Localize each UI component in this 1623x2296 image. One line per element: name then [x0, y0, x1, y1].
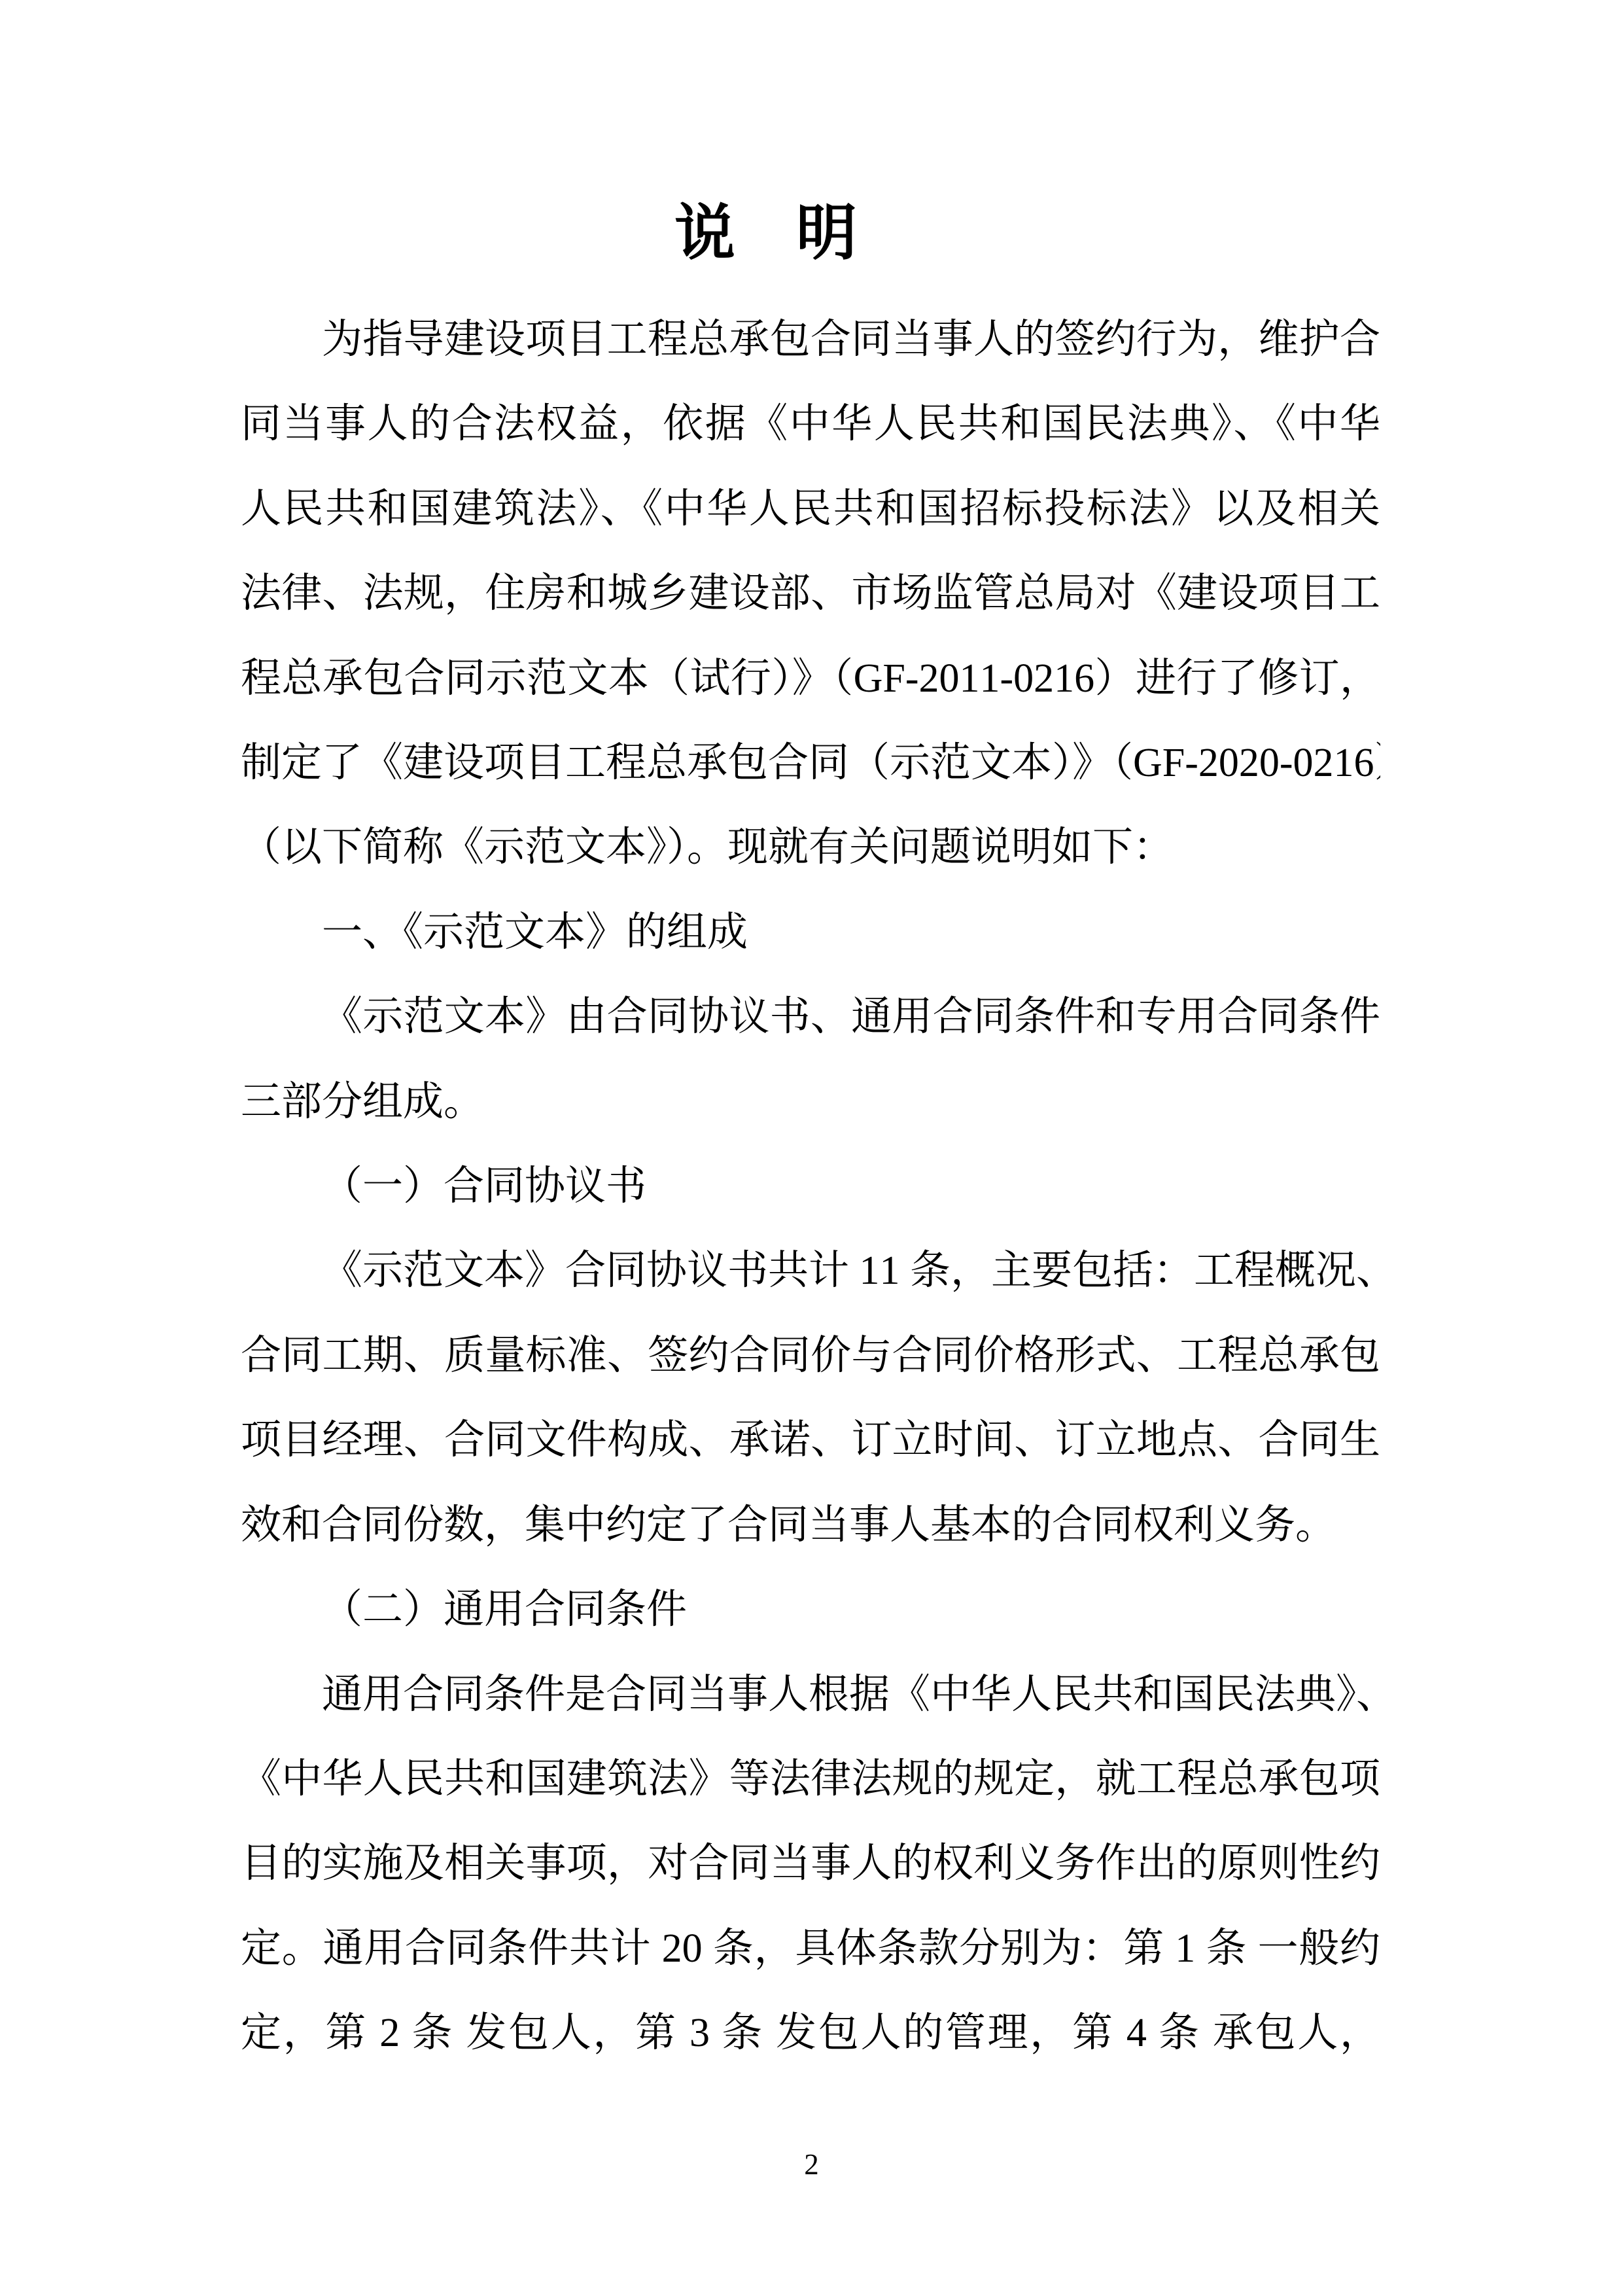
- text-line: 合同工期、质量标准、签约合同价与合同价格形式、工程总承包: [241, 1314, 1380, 1398]
- text-line: 通用合同条件是合同当事人根据《中华人民共和国民法典》、: [241, 1653, 1380, 1737]
- paragraph-general-conditions: 通用合同条件是合同当事人根据《中华人民共和国民法典》、 《中华人民共和国建筑法》…: [241, 1653, 1380, 2076]
- heading-line: 一、《示范文本》的组成: [241, 891, 1380, 975]
- text-line: 同当事人的合法权益，依据《中华人民共和国民法典》、《中华: [241, 382, 1380, 467]
- page-number: 2: [804, 2148, 819, 2181]
- text-line: 《示范文本》合同协议书共计 11 条，主要包括：工程概况、: [241, 1229, 1380, 1313]
- text-line: 制定了《建设项目工程总承包合同（示范文本）》（GF-2020-0216）: [241, 721, 1380, 805]
- text-line: 程总承包合同示范文本（试行）》（GF-2011-0216）进行了修订，: [241, 637, 1380, 721]
- paragraph-contract-agreement: 《示范文本》合同协议书共计 11 条，主要包括：工程概况、 合同工期、质量标准、…: [241, 1229, 1380, 1568]
- heading-general-conditions: （二）通用合同条件: [241, 1568, 1380, 1652]
- text-line: 目的实施及相关事项，对合同当事人的权利义务作出的原则性约: [241, 1822, 1380, 1906]
- text-line: 《中华人民共和国建筑法》等法律法规的规定，就工程总承包项: [241, 1737, 1380, 1822]
- text-line: 定，第 2 条 发包人，第 3 条 发包人的管理，第 4 条 承包人，: [241, 1991, 1380, 2075]
- heading-line: （二）通用合同条件: [241, 1568, 1380, 1652]
- text-line: 为指导建设项目工程总承包合同当事人的签约行为，维护合: [241, 298, 1380, 382]
- text-line: （以下简称《示范文本》）。现就有关问题说明如下：: [241, 805, 1380, 890]
- text-line: 法律、法规，住房和城乡建设部、市场监管总局对《建设项目工: [241, 552, 1380, 636]
- heading-composition: 一、《示范文本》的组成: [241, 891, 1380, 975]
- text-line: 人民共和国建筑法》、《中华人民共和国招标投标法》以及相关: [241, 467, 1380, 552]
- document-body: 为指导建设项目工程总承包合同当事人的签约行为，维护合 同当事人的合法权益，依据《…: [241, 298, 1380, 2076]
- text-line: 定。通用合同条件共计 20 条，具体条款分别为：第 1 条 一般约: [241, 1907, 1380, 1991]
- page-title: 说 明: [0, 192, 1623, 277]
- text-line: 项目经理、合同文件构成、承诺、订立时间、订立地点、合同生: [241, 1398, 1380, 1483]
- paragraph-composition: 《示范文本》由合同协议书、通用合同条件和专用合同条件 三部分组成。: [241, 975, 1380, 1144]
- heading-line: （一）合同协议书: [241, 1144, 1380, 1229]
- paragraph-intro: 为指导建设项目工程总承包合同当事人的签约行为，维护合 同当事人的合法权益，依据《…: [241, 298, 1380, 891]
- document-page: 说 明 为指导建设项目工程总承包合同当事人的签约行为，维护合 同当事人的合法权益…: [0, 0, 1623, 2296]
- page-footer: 2: [0, 2149, 1623, 2181]
- text-line: 《示范文本》由合同协议书、通用合同条件和专用合同条件: [241, 975, 1380, 1059]
- text-line: 效和合同份数，集中约定了合同当事人基本的合同权利义务。: [241, 1483, 1380, 1568]
- heading-contract-agreement: （一）合同协议书: [241, 1144, 1380, 1229]
- text-line: 三部分组成。: [241, 1060, 1380, 1144]
